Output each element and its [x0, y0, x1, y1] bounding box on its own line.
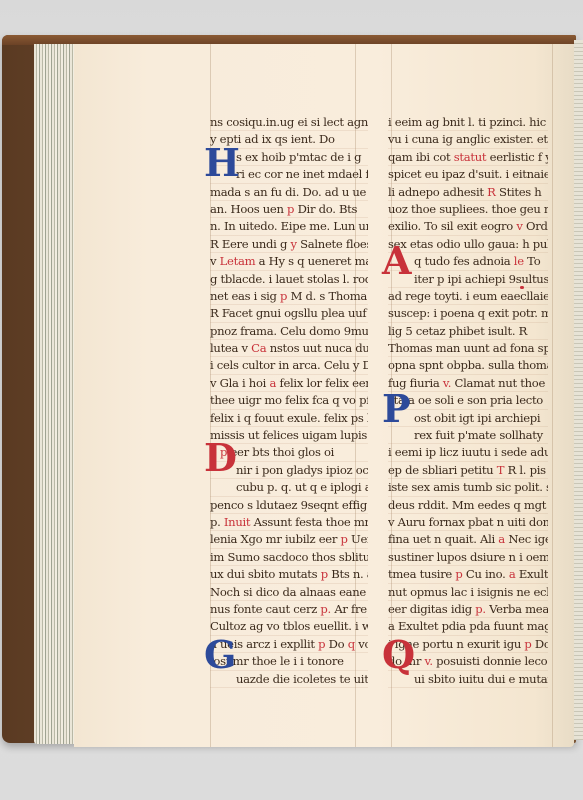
manuscript-line: ns cosiqu.in.ug ei si lect agn — [210, 114, 368, 131]
ruling-line-right-inner — [552, 44, 553, 747]
manuscript-line: pnoz frama. Celu domo 9mutans — [210, 323, 368, 340]
manuscript-line: lutea v Ca nstos uut nuca dux — [210, 340, 368, 357]
manuscript-line: suscep: i poena q exit potr. ma — [388, 305, 548, 322]
manuscript-line: ad rege toyti. i eum eaecllaie offi — [388, 288, 548, 305]
manuscript-line: ep de sbliari petitu T R l. pis — [388, 462, 548, 479]
manuscript-line: i cels cultor in arca. Celu y Ds tuo — [210, 357, 368, 374]
manuscript-line: eer digitas idig p. Verba mea — [388, 601, 548, 618]
manuscript-line: iter p ipi achiepi 9sultus — [388, 271, 548, 288]
manuscript-line: uoz thoe supliees. thoe geu nput — [388, 201, 548, 218]
decorated-initial-p: P — [382, 391, 410, 427]
manuscript-line: felix i q fouut exule. felix ps luc — [210, 410, 368, 427]
manuscript-line: thee uigr mo felix fca q vo pflule — [210, 392, 368, 409]
manuscript-line: staia oe soli e son pria lecto — [388, 392, 548, 409]
manuscript-line: spicet eu ipaz d'suit. i eitnaie — [388, 166, 548, 183]
manuscript-line: cubu p. q. ut q e iplogi auxil — [210, 479, 368, 496]
manuscript-line: n. In uitedo. Eipe me. Lun urb — [210, 218, 368, 235]
manuscript-line: vu i cuna ig anglic exister. et — [388, 131, 548, 148]
manuscript-line: exilio. To sil exit eogro v Ordo — [388, 218, 548, 235]
manuscript-line: R Eere undi g y Salnete floes — [210, 236, 368, 253]
fore-edge — [574, 40, 583, 740]
manuscript-line: nus fonte caut cerz p. Ar fre a — [210, 601, 368, 618]
red-ink-mark — [520, 286, 524, 289]
manuscript-line: li adnepo adhesit R Stites h — [388, 184, 548, 201]
manuscript-line: opna spnt obpba. sulla thomaz — [388, 357, 548, 374]
manuscript-line: rex fuit p'mate sollhaty — [388, 427, 548, 444]
manuscript-line: mada s an fu di. Do. ad u ue — [210, 184, 368, 201]
manuscript-line: v Letam a Hy s q ueneret ma — [210, 253, 368, 270]
manuscript-line: i eemi ip licz iuutu i sede adu — [388, 444, 548, 461]
manuscript-line: Thomas man uunt ad fona spnt — [388, 340, 548, 357]
manuscript-line: R Facet gnui ogsllu plea uuf les — [210, 305, 368, 322]
decorated-initial-g: G — [204, 637, 236, 673]
manuscript-line: tmea tusire p Cu ino. a Exulte — [388, 566, 548, 583]
manuscript-line: net eas i sig p M d. s Thoma — [210, 288, 368, 305]
manuscript-line: fina uet n quait. Ali a Nec ige — [388, 531, 548, 548]
manuscript-line: qam ibi cot statut eerlistic f y — [388, 149, 548, 166]
page-edges-stack — [34, 44, 74, 744]
manuscript-line: i eeim ag bnit l. ti pzinci. hic — [388, 114, 548, 131]
text-column-right: i eeim ag bnit l. ti pzinci. hicvu i cun… — [388, 114, 548, 688]
manuscript-line: fug fiuria v. Clamat nut thoe — [388, 375, 548, 392]
decorated-initial-q: Q — [382, 637, 415, 673]
manuscript-line: p. Inuit Assunt festa thoe mr lo — [210, 514, 368, 531]
decorated-initial-d: D — [204, 440, 237, 476]
manuscript-line: sustiner lupos dsiure n i oem olem — [388, 549, 548, 566]
manuscript-line: an. Hoos uen p Dir do. Bts — [210, 201, 368, 218]
decorated-initial-a: A — [382, 243, 411, 279]
manuscript-line: deus rddit. Mm eedes q mgt ed — [388, 497, 548, 514]
manuscript-line: lenia Xgo mr iubilz eer p Uen — [210, 531, 368, 548]
manuscript-line: sex etas odio ullo gaua: h puleg — [388, 236, 548, 253]
manuscript-line: im Sumo sacdoco thos sblitu e m — [210, 549, 368, 566]
manuscript-line: nut opmus lac i isignis ne ecbz — [388, 584, 548, 601]
manuscript-line: Noch si dico da alnaas eane car — [210, 584, 368, 601]
manuscript-line: v Gla i hoi a felix lor felix eer iq — [210, 375, 368, 392]
manuscript-line: ux dui sbito mutats p Bts n. a — [210, 566, 368, 583]
manuscript-line: ost obit igt ipi archiepi — [388, 410, 548, 427]
text-column-left: ns cosiqu.in.ug ei si lect agny epti ad … — [210, 114, 368, 688]
manuscript-line: penco s ldutaez 9seqnt effig — [210, 497, 368, 514]
manuscript-line: lig 5 cetaz phibet isult. R — [388, 323, 548, 340]
decorated-initial-h: H — [204, 145, 240, 181]
manuscript-line: iste sex amis tumb sic polit. sic q — [388, 479, 548, 496]
manuscript-line: g tblacde. i lauet stolas l. rodba — [210, 271, 368, 288]
manuscript-line: q tudo fes adnoia le To — [388, 253, 548, 270]
manuscript-line: v Auru fornax pbat n uiti dom — [388, 514, 548, 531]
